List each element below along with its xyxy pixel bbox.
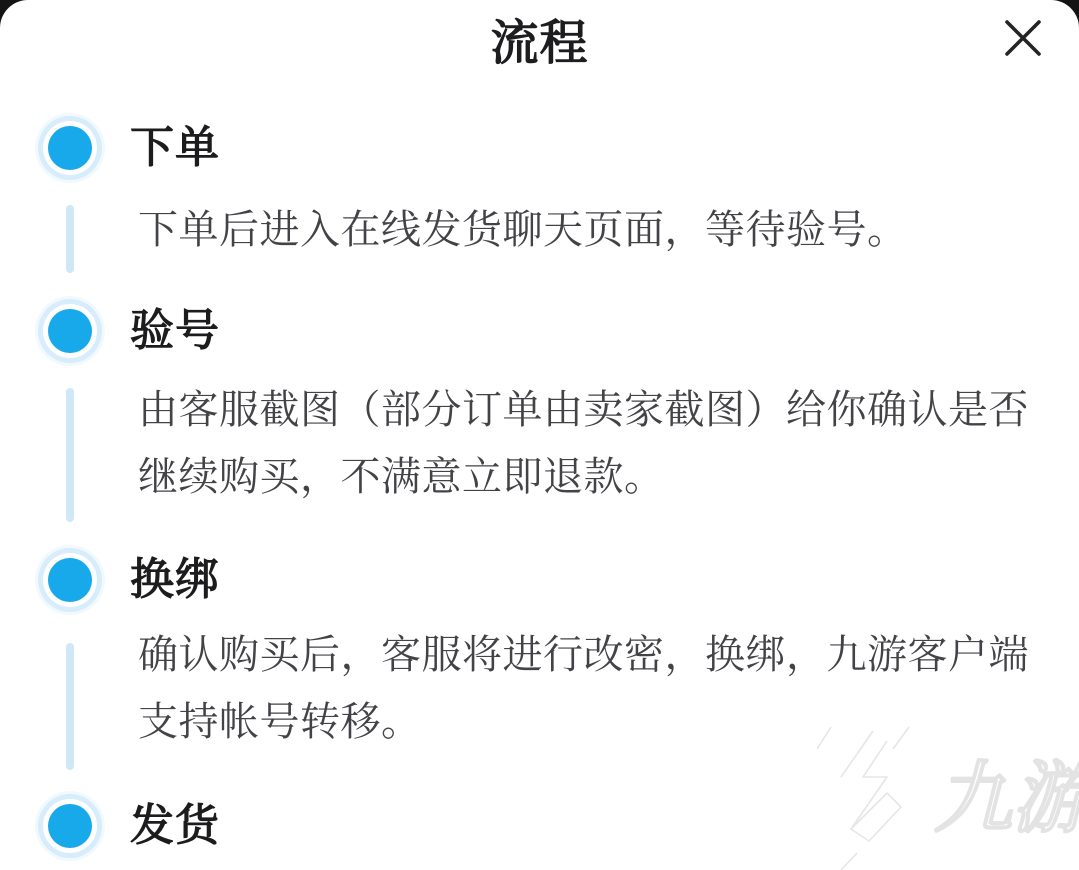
desc-line: 继续购买，不满意立即退款。	[138, 444, 1043, 511]
step-title-order: 下单	[130, 121, 220, 175]
watermark-text: 九游	[930, 754, 1079, 842]
step-title-rebind: 换绑	[130, 553, 220, 607]
step-desc-verify: 由客服截图（部分订单由卖家截图）给你确认是否 继续购买，不满意立即退款。	[138, 377, 1043, 511]
desc-line: 支持帐号转移。	[138, 689, 1043, 756]
step-title-deliver: 发货	[130, 799, 220, 853]
timeline-connector	[66, 205, 74, 273]
modal-title: 流程	[0, 18, 1079, 70]
step-dot-rebind	[48, 558, 92, 602]
step-title-verify: 验号	[130, 304, 220, 358]
desc-line: 下单后进入在线发货聊天页面，等待验号。	[138, 197, 1043, 264]
step-desc-order: 下单后进入在线发货聊天页面，等待验号。	[138, 197, 1043, 264]
step-dot-deliver	[48, 804, 92, 848]
desc-line: 由客服截图（部分订单由卖家截图）给你确认是否	[138, 377, 1043, 444]
step-desc-rebind: 确认购买后，客服将进行改密，换绑，九游客户端 支持帐号转移。	[138, 622, 1043, 756]
close-button[interactable]	[995, 10, 1051, 66]
screen-backdrop: 流程 下单 下单后进入在线发货聊天页面，等待验号。 验号 由客服截图（部分订单由…	[0, 0, 1079, 870]
timeline-connector	[66, 388, 74, 522]
step-dot-order	[48, 126, 92, 170]
timeline-connector	[66, 643, 74, 770]
desc-line: 确认购买后，客服将进行改密，换绑，九游客户端	[138, 622, 1043, 689]
close-icon	[1001, 18, 1045, 58]
step-dot-verify	[48, 309, 92, 353]
process-modal: 流程 下单 下单后进入在线发货聊天页面，等待验号。 验号 由客服截图（部分订单由…	[0, 0, 1079, 870]
